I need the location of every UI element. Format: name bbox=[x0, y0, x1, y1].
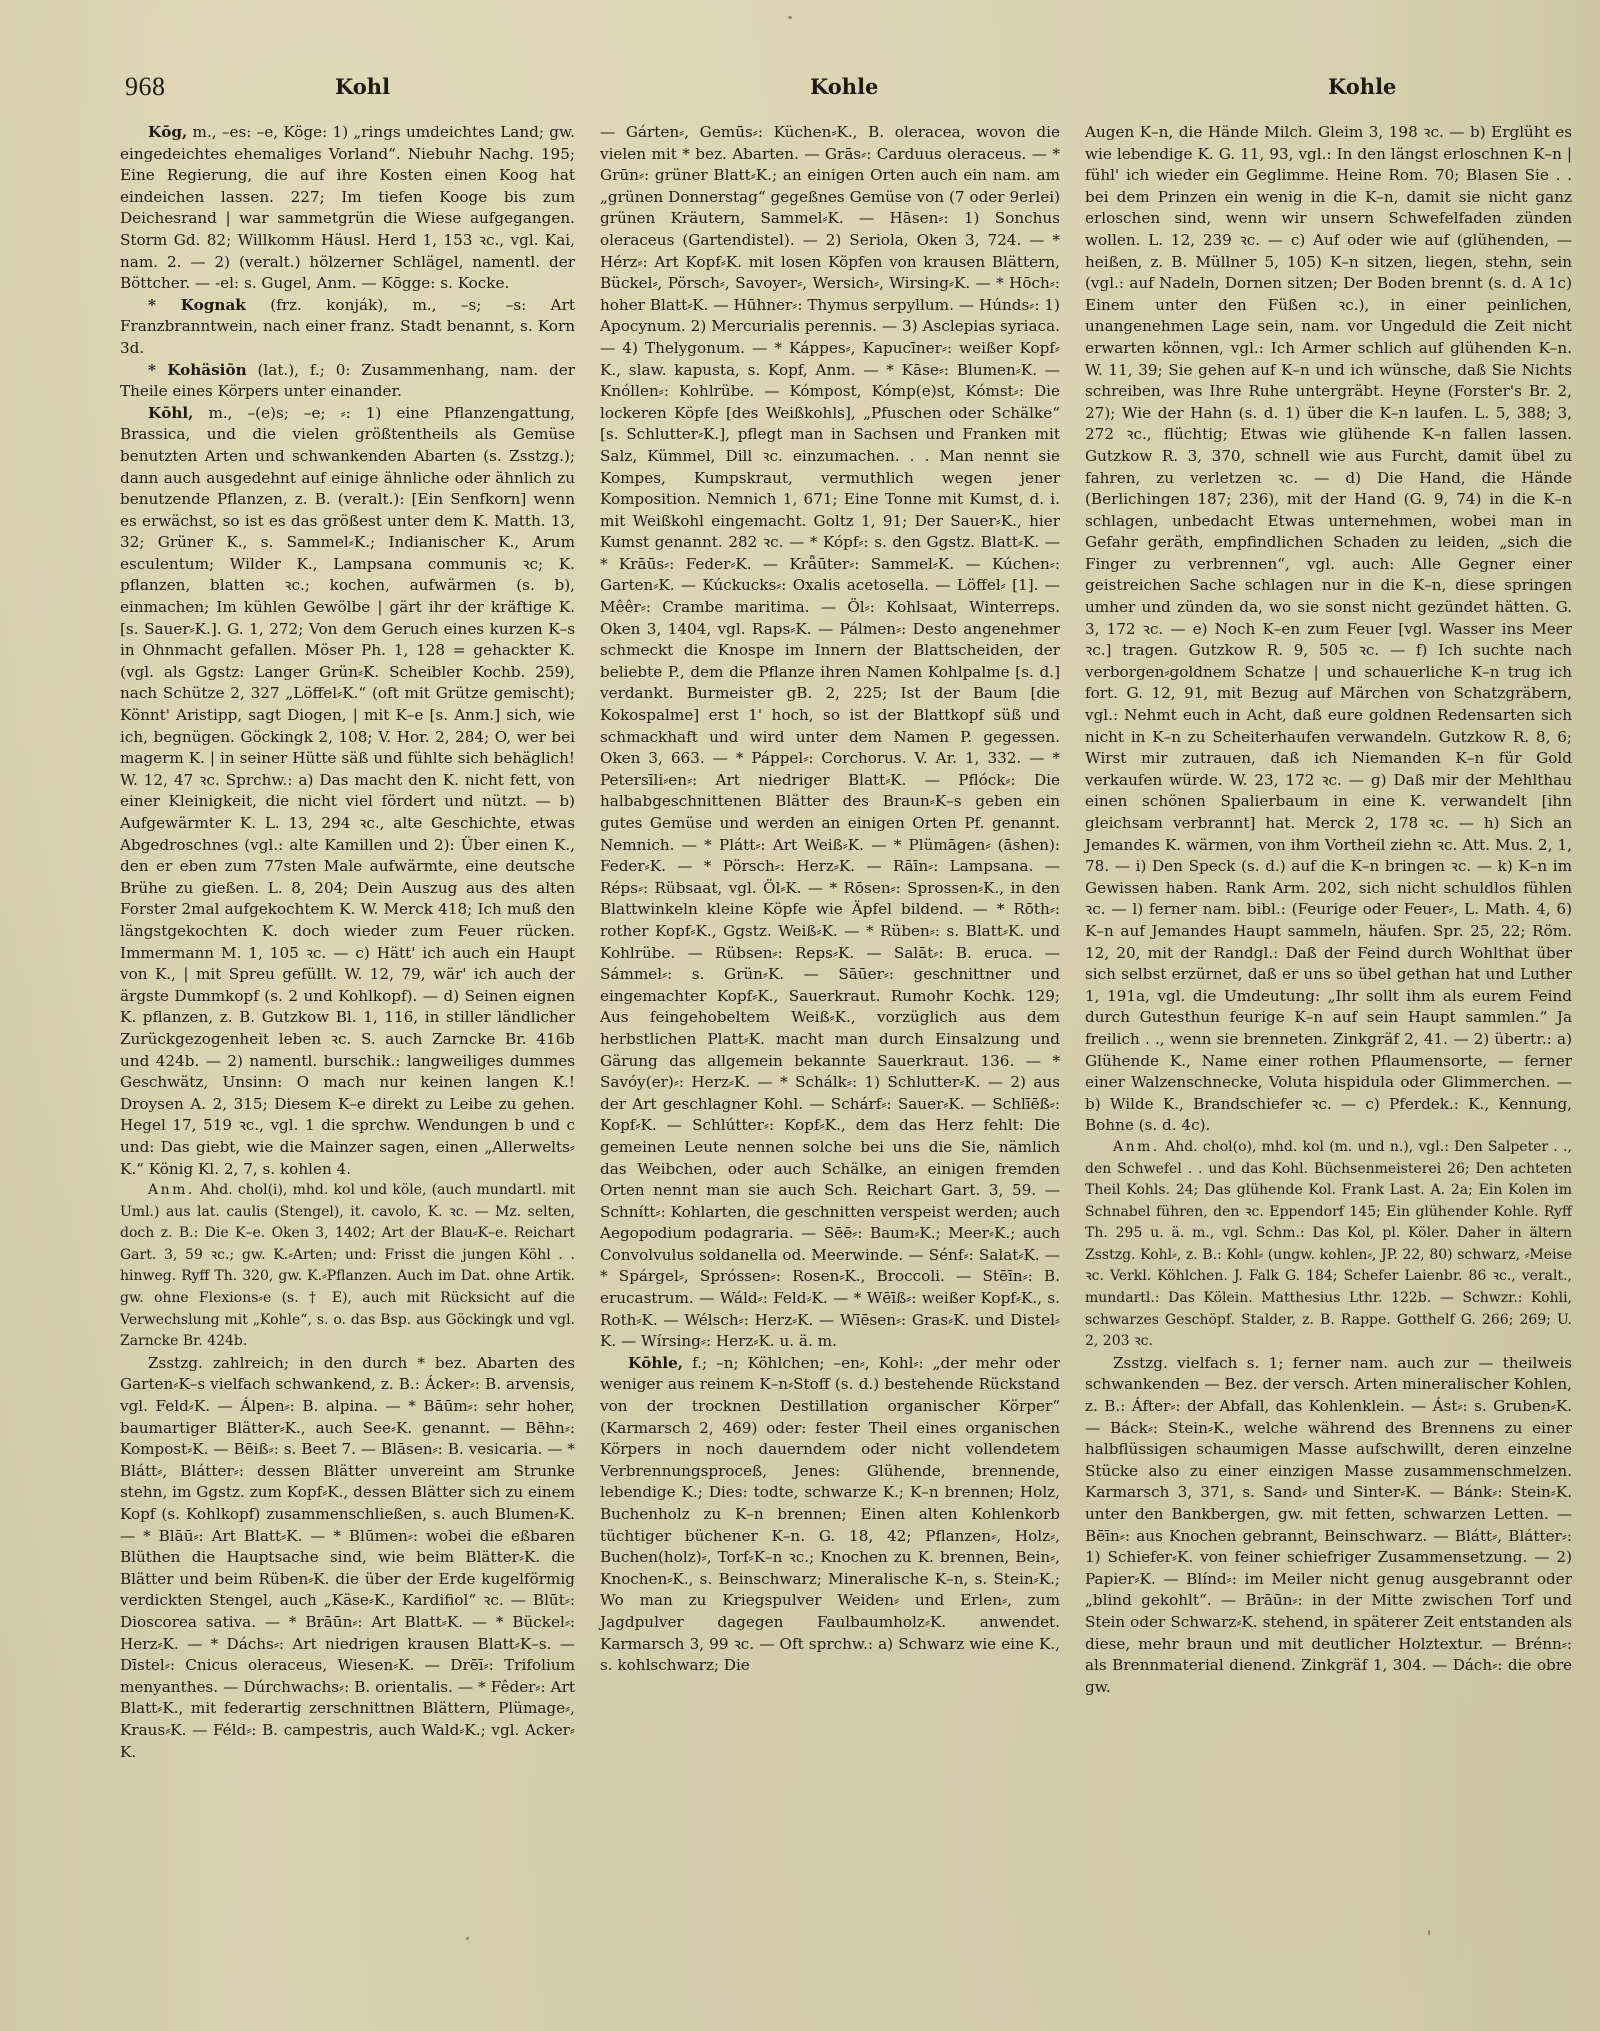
running-head-left: Kohl bbox=[335, 74, 390, 99]
entry-kohle-zsstzg: Zsstzg. vielfach s. 1; ferner nam. auch … bbox=[1085, 1353, 1572, 1699]
entry-text: m., –es: –e, Köge: 1) „rings umdeichtes … bbox=[120, 123, 575, 292]
page-number: 968 bbox=[125, 72, 166, 102]
column-1: Kōg, m., –es: –e, Köge: 1) „rings umdeic… bbox=[120, 122, 575, 1763]
anm-label: Anm. bbox=[1113, 1139, 1160, 1155]
entry-text: m., –(e)s; –e; ⸗: 1) eine Pflanzengattun… bbox=[120, 404, 575, 1178]
running-head-center: Kohle bbox=[810, 74, 878, 99]
column-3: Augen K–n, die Hände Milch. Gleim 3, 198… bbox=[1085, 122, 1572, 1698]
entry-kohl-zsstzg-cont: — Gárten⸗, Gemūs⸗: Küchen⸗K., B. olerace… bbox=[600, 122, 1060, 1353]
entry-kohaesion: * Kohäsiōn (lat.), f.; 0: Zusammenhang, … bbox=[120, 360, 575, 403]
zsstzg-label: Zsstzg. bbox=[1113, 1354, 1168, 1372]
running-head-right: Kohle bbox=[1328, 74, 1396, 99]
entry-koog: Kōg, m., –es: –e, Köge: 1) „rings umdeic… bbox=[120, 122, 575, 295]
entry-kohle: Kōhle, f.; –n; Köhlchen; –en⸗, Kohl⸗: „d… bbox=[600, 1353, 1060, 1677]
headword: Kōhle, bbox=[628, 1354, 683, 1372]
entry-text: Ahd. chol(i), mhd. kol und köle, (auch m… bbox=[120, 1182, 575, 1349]
entry-kohl-anm: Anm. Ahd. chol(i), mhd. kol und köle, (a… bbox=[120, 1180, 575, 1353]
entry-kohle-anm: Anm. Ahd. chol(o), mhd. kol (m. und n.),… bbox=[1085, 1137, 1572, 1353]
anm-label: Anm. bbox=[148, 1182, 195, 1198]
entry-kohle-cont: Augen K–n, die Hände Milch. Gleim 3, 198… bbox=[1085, 122, 1572, 1137]
entry-text: zahlreich; in den durch * bez. Abarten d… bbox=[120, 1354, 575, 1761]
paper-speck bbox=[788, 16, 792, 19]
entry-text: Augen K–n, die Hände Milch. Gleim 3, 198… bbox=[1085, 123, 1572, 1134]
page-header: 968 Kohl Kohle Kohle bbox=[125, 72, 1560, 102]
entry-kognak: * Kognak (frz. konják), m., –s; –s: Art … bbox=[120, 295, 575, 360]
column-2: — Gárten⸗, Gemūs⸗: Küchen⸗K., B. olerace… bbox=[600, 122, 1060, 1677]
entry-text: vielfach s. 1; ferner nam. auch zur — th… bbox=[1085, 1354, 1572, 1696]
headword: Kōg, bbox=[148, 123, 187, 141]
paper-speck bbox=[1428, 1930, 1430, 1935]
headword: * Kognak bbox=[148, 296, 246, 314]
entry-kohl: Kōhl, m., –(e)s; –e; ⸗: 1) eine Pflanzen… bbox=[120, 403, 575, 1180]
entry-text: f.; –n; Köhlchen; –en⸗, Kohl⸗: „der mehr… bbox=[600, 1354, 1060, 1674]
entry-kohl-zsstzg: Zsstzg. zahlreich; in den durch * bez. A… bbox=[120, 1353, 575, 1763]
headword: * Kohäsiōn bbox=[148, 361, 247, 379]
paper-speck bbox=[466, 1937, 469, 1940]
entry-text: Ahd. chol(o), mhd. kol (m. und n.), vgl.… bbox=[1085, 1139, 1572, 1349]
dictionary-columns: Kōg, m., –es: –e, Köge: 1) „rings umdeic… bbox=[120, 122, 1572, 2002]
entry-text: — Gárten⸗, Gemūs⸗: Küchen⸗K., B. olerace… bbox=[600, 123, 1060, 1350]
zsstzg-label: Zsstzg. bbox=[148, 1354, 203, 1372]
headword: Kōhl, bbox=[148, 404, 193, 422]
